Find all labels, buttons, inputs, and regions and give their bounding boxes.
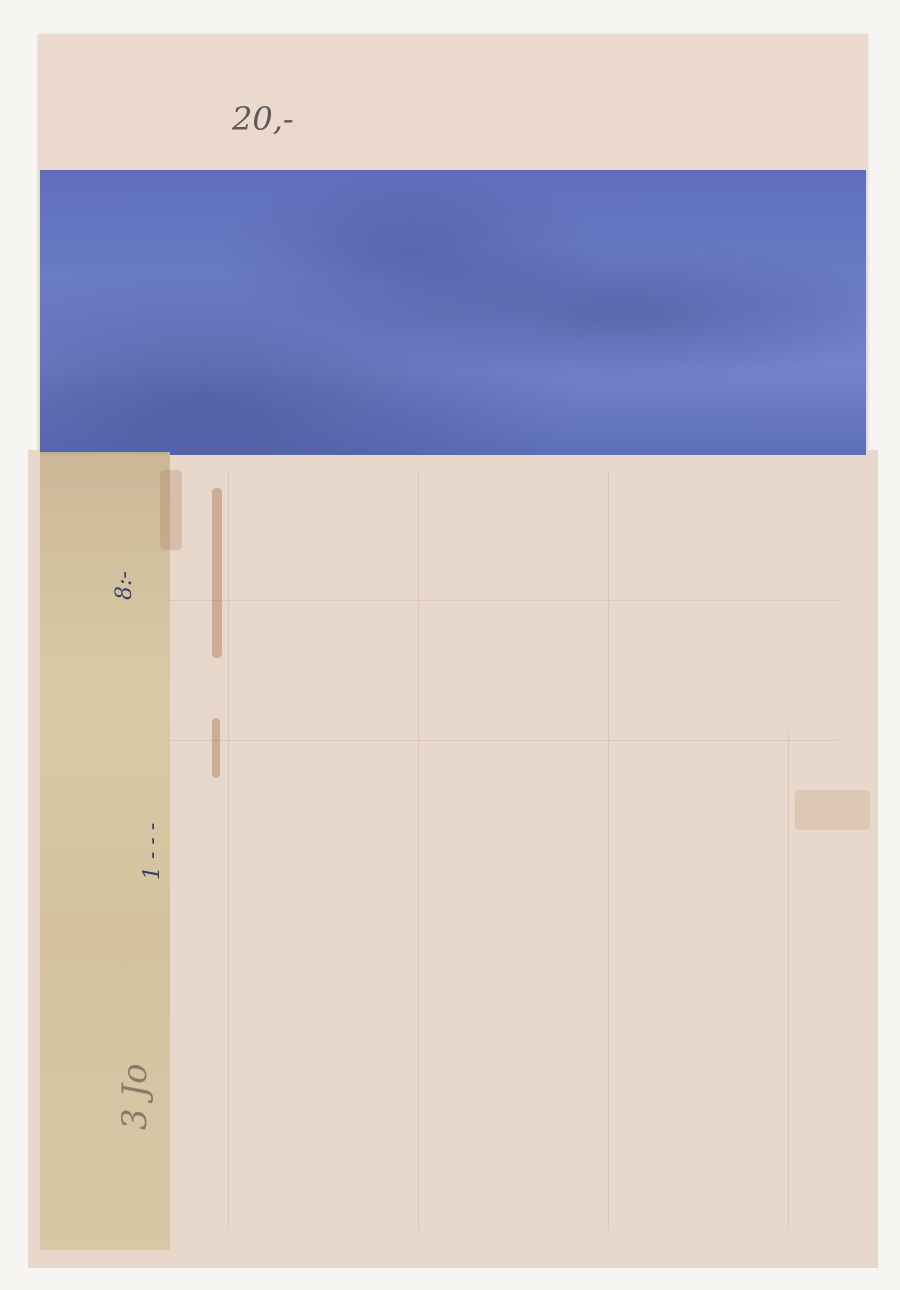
- ruled-line: [228, 470, 229, 1230]
- ruled-line: [608, 470, 609, 1230]
- stain: [212, 718, 220, 778]
- stain: [795, 790, 870, 830]
- stain: [160, 470, 182, 550]
- ruled-line: [788, 730, 789, 1230]
- handwritten-price: 20,-: [232, 100, 294, 138]
- handwritten-side-note: 8:-: [112, 571, 137, 600]
- handwritten-side-note: 3 Jo: [115, 1063, 155, 1130]
- ruled-line: [158, 600, 838, 601]
- blue-paper-band: [40, 170, 866, 455]
- ruled-line: [418, 470, 419, 1230]
- stain: [212, 488, 222, 658]
- handwritten-side-note: 1 - - -: [140, 823, 165, 880]
- ruled-line: [158, 740, 838, 741]
